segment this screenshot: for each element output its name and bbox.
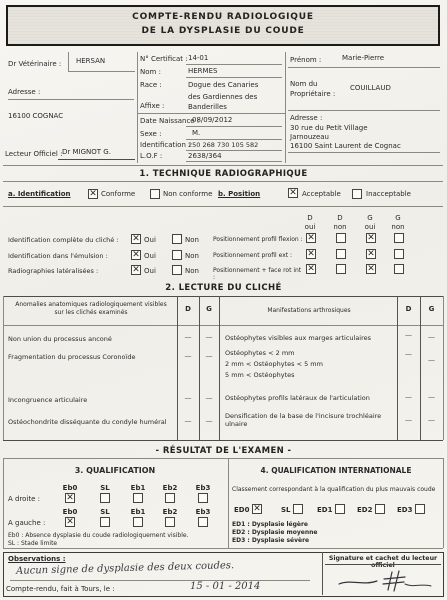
manifestation-row4-g-mark: —	[420, 416, 443, 424]
grade-eb3-header: Eb3	[190, 484, 216, 492]
sex-label: Sexe :	[140, 130, 161, 138]
row2-label: Identification dans l'émulsion :	[8, 252, 108, 260]
divider	[288, 110, 440, 111]
droite-eb0-checkbox: ✕	[65, 493, 75, 503]
divider	[288, 67, 440, 68]
ed1-checkbox	[335, 504, 345, 514]
grade-sl-header2: SL	[92, 508, 118, 516]
manifestation-row2-line1: Ostéophytes < 2 mm	[225, 349, 393, 357]
row2-oui-label: Oui	[144, 252, 156, 260]
owner-address-line2: Jarnouzeau	[290, 133, 329, 141]
owner-address-line1: 30 rue du Petit Village	[290, 124, 368, 132]
legend-ed1: ED1 : Dysplasie légère	[232, 521, 308, 528]
report-place-label: Compte-rendu, fait à Tours, le :	[6, 585, 115, 593]
divider	[186, 139, 282, 140]
signature-icon	[335, 566, 435, 593]
divider	[10, 580, 310, 581]
dog-name-value: HERMES	[188, 67, 217, 75]
gauche-eb1-checkbox	[133, 517, 143, 527]
manifestation-row3-g-mark: —	[420, 393, 443, 401]
anomaly-row4-d-mark: —	[177, 417, 199, 425]
anomaly-row2-g-mark: —	[199, 352, 219, 360]
result-box-left	[3, 458, 4, 548]
col-header-oui2: oui	[360, 223, 380, 231]
anomaly-row1-g-mark: —	[199, 333, 219, 341]
owner-address-line3: 16100 Saint Laurent de Cognac	[290, 142, 401, 150]
vet-label: Dr Vétérinaire :	[8, 60, 61, 68]
sl-checkbox	[293, 504, 303, 514]
result-box-right	[443, 458, 444, 548]
acceptable-checkbox: ✕	[288, 188, 298, 198]
anomaly-row3-g-mark: —	[199, 394, 219, 402]
birthdate-value: 08/09/2012	[192, 116, 232, 124]
international-note: Classement correspondant à la qualificat…	[232, 486, 440, 493]
divider	[288, 152, 440, 153]
certificate-label: N° Certificat :	[140, 55, 188, 63]
observations-label: Observations :	[8, 555, 66, 563]
lof-value: 2638/364	[188, 152, 222, 160]
legend-eb0: Eb0 : Absence dysplasie du coude radiolo…	[8, 532, 189, 539]
row3-position-label: Positionnement + face rot int :	[213, 267, 305, 281]
grade-eb2-header: Eb2	[157, 484, 183, 492]
row2-position-label: Positionnement profil ext :	[213, 252, 305, 259]
table-top-border	[3, 296, 443, 297]
row2-oui-checkbox: ✕	[131, 250, 141, 260]
manifestation-row2-line2: 2 mm < Ostéophytes < 5 mm	[225, 360, 393, 368]
row2-non-checkbox	[172, 250, 182, 260]
form-title-line1: COMPTE-RENDU RADIOLOGIQUE	[8, 12, 438, 22]
official-reader-name: Dr MIGNOT G.	[62, 148, 111, 156]
manifestation-row1-d-mark: —	[397, 331, 420, 339]
identification-label: Identification :	[140, 141, 190, 149]
grade-eb0-header2: Eb0	[57, 508, 83, 516]
anomaly-row4: Ostéochondrite disséquante du condyle hu…	[8, 418, 173, 426]
divider	[186, 64, 282, 65]
row1-non-checkbox	[172, 234, 182, 244]
divider	[68, 71, 135, 72]
anomalies-header: Anomalies anatomiques radiologiquement v…	[10, 301, 172, 317]
certificate-value: 14-01	[188, 54, 208, 62]
anomaly-row2: Fragmentation du processus Coronoïde	[8, 353, 173, 361]
identification-value: 250 268 730 105 582	[188, 141, 258, 149]
birthdate-label: Date Naissance :	[140, 117, 199, 125]
col-header-g1: G	[360, 214, 380, 222]
inacceptable-checkbox	[352, 189, 362, 199]
divider	[186, 126, 282, 127]
anomaly-row2-d-mark: —	[177, 352, 199, 360]
row3-g-oui-checkbox: ✕	[366, 264, 376, 274]
result-box-bottom	[3, 548, 443, 549]
droite-eb1-checkbox	[133, 493, 143, 503]
international-qualification-title: 4. QUALIFICATION INTERNATIONALE	[232, 466, 440, 475]
col-header-oui1: oui	[300, 223, 320, 231]
acceptable-label: Acceptable	[302, 190, 341, 198]
table-header-border	[3, 325, 443, 326]
affix-label: Affixe :	[140, 102, 164, 110]
anomaly-row3: Incongruence articulaire	[8, 396, 173, 404]
divider	[58, 159, 135, 160]
ed3-checkbox	[415, 504, 425, 514]
lof-label: L.O.F :	[140, 152, 162, 160]
vet-city: 16100 COGNAC	[8, 112, 63, 120]
anomaly-row4-g-mark: —	[199, 417, 219, 425]
col-header-g2: G	[388, 214, 408, 222]
divider	[285, 52, 286, 163]
col-header-non1: non	[330, 223, 350, 231]
row3-d-non-checkbox	[336, 264, 346, 274]
row3-non-checkbox	[172, 265, 182, 275]
qualification-title: 3. QUALIFICATION	[25, 466, 205, 475]
result-box-divider	[228, 458, 229, 548]
manifestation-row3: Ostéophytes profils latéraux de l'articu…	[225, 394, 393, 402]
anomaly-row1-d-mark: —	[177, 333, 199, 341]
manifestation-row1: Ostéophytes visibles aux marges articula…	[225, 334, 393, 342]
grade-eb1-header: Eb1	[125, 484, 151, 492]
divider	[137, 113, 285, 114]
divider	[325, 564, 441, 565]
affix-value: des Gardiennes des Banderilles	[188, 92, 260, 112]
owner-address-label: Adresse :	[290, 114, 322, 122]
row2-g-non-checkbox	[394, 249, 404, 259]
divider	[3, 181, 443, 182]
left-d-header: D	[177, 305, 199, 313]
legend-sl: SL : Stade limite	[8, 540, 57, 547]
owner-firstname-value: Marie-Pierre	[342, 54, 384, 62]
row1-d-oui-checkbox: ✕	[306, 233, 316, 243]
form-header-box: COMPTE-RENDU RADIOLOGIQUE DE LA DYSPLASI…	[6, 5, 440, 46]
divider	[186, 161, 282, 162]
row1-position-label: Positionnement profil flexion :	[213, 236, 305, 243]
manifestation-row4: Densification de la base de l'incisure t…	[225, 412, 390, 428]
gauche-eb2-checkbox	[165, 517, 175, 527]
grade-ed0-label: ED0	[234, 506, 249, 514]
legend-ed2: ED2 : Dysplasie moyenne	[232, 529, 317, 536]
identification-section-label: a. Identification	[8, 190, 71, 198]
conforme-label: Conforme	[101, 190, 135, 198]
row2-d-oui-checkbox: ✕	[306, 249, 316, 259]
row3-d-oui-checkbox: ✕	[306, 264, 316, 274]
table-bottom-border	[3, 440, 443, 441]
position-section-label: b. Position	[218, 190, 260, 198]
manifestation-row4-d-mark: —	[397, 416, 420, 424]
anomaly-row3-d-mark: —	[177, 394, 199, 402]
section2-title: 2. LECTURE DU CLICHÉ	[0, 283, 447, 293]
non-conforme-label: Non conforme	[163, 190, 212, 198]
col-header-non2: non	[388, 223, 408, 231]
divider	[186, 150, 282, 151]
right-d-header: D	[397, 305, 420, 313]
owner-firstname-label: Prénom :	[290, 56, 321, 64]
manifestations-header: Manifestations arthrosiques	[225, 307, 393, 314]
row3-oui-checkbox: ✕	[131, 265, 141, 275]
divider	[3, 206, 443, 207]
grade-sl-header: SL	[92, 484, 118, 492]
vet-address-label: Adresse :	[8, 88, 40, 96]
row1-non-label: Non	[185, 236, 199, 244]
form-title-line2: DE LA DYSPLASIE DU COUDE	[8, 26, 438, 36]
right-elbow-label: A droite :	[8, 495, 40, 503]
gauche-sl-checkbox	[100, 517, 110, 527]
right-g-header: G	[420, 305, 443, 313]
result-banner: - RÉSULTAT DE L'EXAMEN -	[0, 446, 447, 456]
grade-ed2-label: ED2	[357, 506, 372, 514]
row1-g-oui-checkbox: ✕	[366, 233, 376, 243]
row1-d-non-checkbox	[336, 233, 346, 243]
table-left-border	[3, 296, 4, 440]
divider	[186, 77, 282, 78]
section1-title: 1. TECHNIQUE RADIOGRAPHIQUE	[0, 169, 447, 179]
divider	[8, 99, 134, 100]
grade-eb2-header2: Eb2	[157, 508, 183, 516]
row2-g-oui-checkbox: ✕	[366, 249, 376, 259]
gauche-eb0-checkbox: ✕	[65, 517, 75, 527]
vet-name: HERSAN	[76, 57, 105, 65]
breed-value: Dogue des Canaries	[188, 80, 268, 90]
breed-label: Race :	[140, 81, 162, 89]
anomaly-row1: Non union du processus anconé	[8, 335, 173, 343]
row1-g-non-checkbox	[394, 233, 404, 243]
result-box-top	[3, 458, 443, 459]
droite-sl-checkbox	[100, 493, 110, 503]
grade-eb0-header: Eb0	[57, 484, 83, 492]
conforme-checkbox: ✕	[88, 189, 98, 199]
grade-eb1-header2: Eb1	[125, 508, 151, 516]
row3-label: Radiographies latéralisées :	[8, 267, 98, 275]
row3-g-non-checkbox	[394, 264, 404, 274]
manifestation-row2-d-mark: —	[397, 350, 420, 358]
left-g-header: G	[199, 305, 219, 313]
table-right-border	[443, 296, 444, 440]
divider	[3, 165, 443, 166]
report-date-handwriting: 15 - 01 - 2014	[190, 581, 260, 592]
legend-ed3: ED3 : Dysplasie sévère	[232, 537, 309, 544]
grade-ed3-label: ED3	[397, 506, 412, 514]
row3-non-label: Non	[185, 267, 199, 275]
owner-name-value: COUILLAUD	[350, 84, 391, 92]
gauche-eb3-checkbox	[198, 517, 208, 527]
manifestation-row1-g-mark: —	[420, 333, 443, 341]
row2-non-label: Non	[185, 252, 199, 260]
row1-oui-checkbox: ✕	[131, 234, 141, 244]
non-conforme-checkbox	[150, 189, 160, 199]
official-reader-label: Lecteur Officiel :	[5, 150, 62, 158]
grade-eb3-header2: Eb3	[190, 508, 216, 516]
droite-eb3-checkbox	[198, 493, 208, 503]
droite-eb2-checkbox	[165, 493, 175, 503]
divider	[68, 52, 69, 72]
col-header-d1: D	[300, 214, 320, 222]
grade-sl-label: SL	[281, 506, 291, 514]
manifestation-row2-g-mark: —	[420, 356, 443, 364]
sex-value: M.	[192, 129, 200, 137]
row2-d-non-checkbox	[336, 249, 346, 259]
row3-oui-label: Oui	[144, 267, 156, 275]
row1-label: Identification complète du cliché :	[8, 236, 119, 244]
col-header-d2: D	[330, 214, 350, 222]
footer-divider	[322, 552, 323, 595]
owner-name-label: Nom du Propriétaire :	[290, 79, 340, 99]
table-col-line	[219, 296, 220, 440]
scanned-radiology-form: COMPTE-RENDU RADIOLOGIQUE DE LA DYSPLASI…	[0, 0, 447, 600]
ed2-checkbox	[375, 504, 385, 514]
inacceptable-label: Inacceptable	[366, 190, 411, 198]
row1-oui-label: Oui	[144, 236, 156, 244]
manifestation-row2-line3: 5 mm < Ostéophytes	[225, 371, 393, 379]
divider	[137, 52, 138, 163]
manifestation-row3-d-mark: —	[397, 393, 420, 401]
ed0-checkbox: ✕	[252, 504, 262, 514]
left-elbow-label: A gauche :	[8, 519, 45, 527]
grade-ed1-label: ED1	[317, 506, 332, 514]
dog-name-label: Nom :	[140, 68, 161, 76]
